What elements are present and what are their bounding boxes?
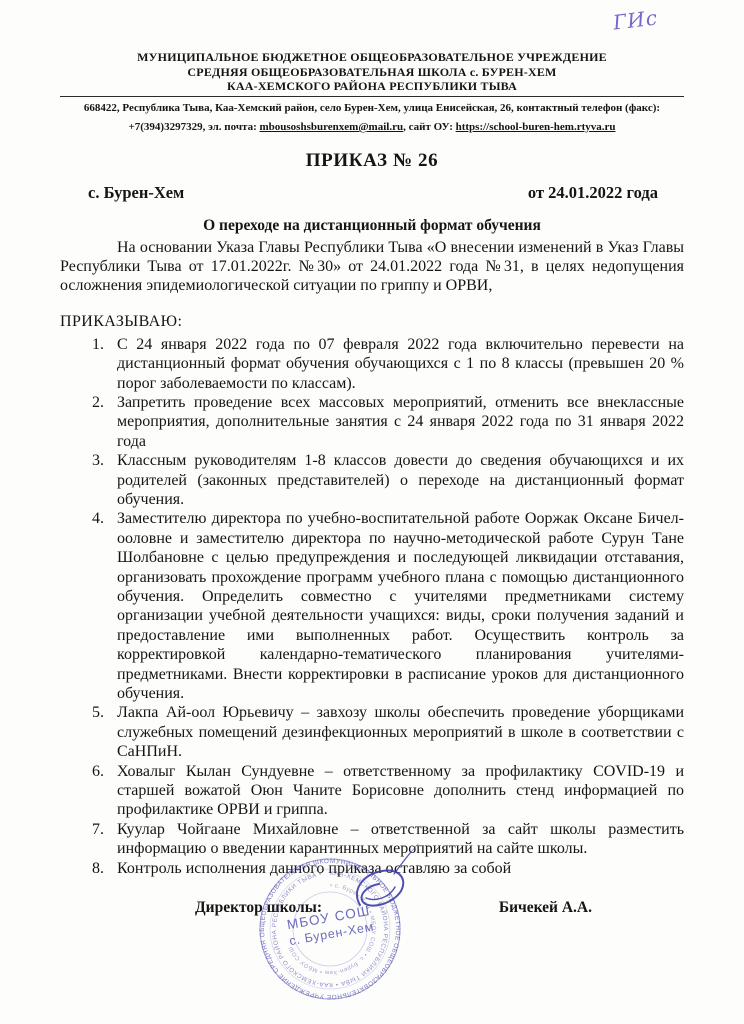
order-item: Лакпа Ай-оол Юрьевичу – завхозу школы об… [117,703,684,761]
order-item: Заместителю директора по учебно-воспитат… [117,509,684,703]
order-date: от 24.01.2022 года [528,183,658,203]
contacts-line: +7(394)3297329, эл. почта: mbousoshsbure… [60,119,684,136]
order-directive: ПРИКАЗЫВАЮ: [60,313,684,331]
site-link: https://school-buren-hem.rtyva.ru [456,121,616,133]
place-date-row: с. Бурен-Хем от 24.01.2022 года [60,183,684,203]
org-name-line-1: МУНИЦИПАЛЬНОЕ БЮДЖЕТНОЕ ОБЩЕОБРАЗОВАТЕЛЬ… [60,50,684,65]
order-item: С 24 января 2022 года по 07 февраля 2022… [117,335,684,393]
order-item: Запретить проведение всех массовых мероп… [117,393,684,451]
letterhead: МУНИЦИПАЛЬНОЕ БЮДЖЕТНОЕ ОБЩЕОБРАЗОВАТЕЛЬ… [60,50,684,136]
orders-list: С 24 января 2022 года по 07 февраля 2022… [60,335,684,878]
phone-text: +7(394)3297329, эл. почта: [128,121,259,133]
org-name-line-2: СРЕДНЯЯ ОБЩЕОБРАЗОВАТЕЛЬНАЯ ШКОЛА с. БУР… [60,65,684,80]
order-title: ПРИКАЗ № 26 [60,150,684,172]
pen-signature [330,840,450,925]
order-preamble: На основании Указа Главы Республики Тыва… [60,238,684,296]
org-name-line-3: КАА-ХЕМСКОГО РАЙОНА РЕСПУБЛИКИ ТЫВА [60,79,684,97]
order-item: Ховалыг Кылан Сундуевне – ответственному… [117,762,684,820]
address-line: 668422, Республика Тыва, Каа-Хемский рай… [60,100,684,117]
site-label: , сайт ОУ: [403,121,456,133]
order-item: Классным руководителям 1-8 классов довес… [117,451,684,509]
signature-name: Бичекей А.А. [499,899,592,917]
document-page: ГИс МУНИЦИПАЛЬНОЕ БЮДЖЕТНОЕ ОБЩЕОБРАЗОВА… [0,0,744,1024]
email-link: mbousoshsburenxem@mail.ru [260,121,404,133]
order-subject: О переходе на дистанционный формат обуче… [60,217,684,235]
order-place: с. Бурен-Хем [88,183,184,203]
